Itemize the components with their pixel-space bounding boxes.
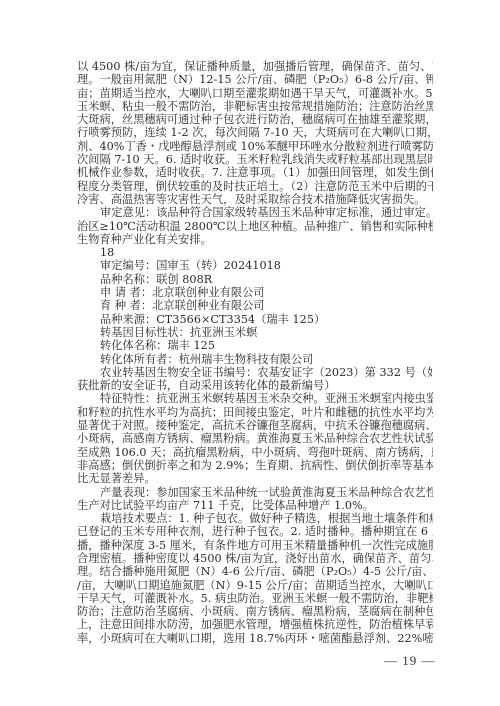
text-line: 生物育种产业化有关安排。 [77, 233, 433, 246]
text-line: 播，播种深度 3-5 厘米，有条件地方可用玉米精量播种机一次性完成施肥和播种作业… [77, 539, 433, 552]
text-line: 理。结合播种施用氮肥（N）4-6 公斤/亩、磷肥（P₂O₅）4-5 公斤/亩、钾… [77, 565, 433, 578]
text-line: 审定意见：该品种符合国家级转基因玉米品种审定标准，通过审定。适宜在内蒙古自 [77, 206, 433, 219]
text-line: 治区≥10℃活动积温 2800℃以上地区种植。品种推广、销售和实际种植区域还应符… [77, 220, 433, 233]
text-line: 行喷雾预防，连续 1-2 次，每次间隔 7-10 天，大斑病可在大喇叭口期，用 … [77, 126, 433, 139]
text-line: 18 [77, 246, 433, 259]
text-line: 品种来源：CT3566×CT3354（瑞丰 125） [77, 313, 433, 326]
text-line: 转化体所有者：杭州瑞丰生物科技有限公司 [77, 353, 433, 366]
text-line: 程度分类管理，倒伏较重的及时扶正培土。（2）注意防范玉米中后期的干旱、涝害、低温 [77, 180, 433, 193]
text-line: 农业转基因生物安全证书编号：农基安证字（2023）第 332 号（如该转化体重新… [77, 366, 433, 379]
text-line: 玉米螟、粘虫一般不需防治，非靶标害虫按常规措施防治；注意防治丝黑穗病、穗腐病、 [77, 100, 433, 113]
text-line: 大斑病，丝黑穗病可通过种子包衣进行防治，穗腐病可在抽雄至灌浆期，用吡唑醚菌酯进 [77, 113, 433, 126]
text-line: 上，注意田间排水防涝，加强肥水管理，增强植株抗逆性，防治植株早衰，减低田间发病 [77, 618, 433, 631]
text-line: 获批新的安全证书，自动采用该转化体的最新编号） [77, 379, 433, 392]
text-line: 亩；苗期适当控水，大喇叭口期至灌浆期如遇干旱天气，可灌溉补水。5. 病虫防治。亚… [77, 87, 433, 100]
text-line: 审定编号：国审玉（转）20241018 [77, 259, 433, 272]
text-line: 剂、40%丁香・戊唑醇悬浮剂或 10%苯醚甲环唑水分散粒剂进行喷雾防治，连续 1… [77, 140, 433, 153]
text-line: 非高感；倒伏倒折率之和为 2.9%；生育期、抗病性、倒伏倒折率等基本性状与受体品… [77, 459, 433, 472]
text-line: 已登记的玉米专用种衣剂，进行种子包衣。2. 适时播种。播种期宜在 6 月上中旬，… [77, 525, 433, 538]
text-line: 合理密植。播种密度以 4500 株/亩为宜，浇好出苗水，确保苗齐、苗匀、苗壮。4… [77, 552, 433, 565]
text-line: 防治；注意防治茎腐病、小斑病、南方锈病、瘤黑粉病，茎腐病在制种包衣防治的基础 [77, 605, 433, 618]
text-line: 育 种 者：北京联创种业有限公司 [77, 299, 433, 312]
text-line: 比无显著差异。 [77, 472, 433, 485]
text-line: 小斑病，高感南方锈病、瘤黑粉病。黄淮海夏玉米品种综合农艺性状试验田间调查，出苗 [77, 432, 433, 445]
text-line: 理。一般亩用氮肥（N）12-15 公斤/亩、磷肥（P₂O₅）6-8 公斤/亩、钾… [77, 73, 433, 86]
text-line: 率，小斑病可在大喇叭口期，选用 18.7%丙环・嘧菌酯悬浮剂、22%嘧菌・戊唑醇… [77, 632, 433, 645]
text-line: 转化体名称：瑞丰 125 [77, 339, 433, 352]
text-line: 和籽粒的抗性水平均为高抗；田间接虫鉴定，叶片和雌穗的抗性水平均为高抗，茎秆抗性 [77, 406, 433, 419]
text-line: 机械作业参数，适时收获。7. 注意事项。（1）加强田间管理，如发生倒伏，根据玉米… [77, 166, 433, 179]
text-line: 品种名称：联创 808R [77, 273, 433, 286]
text-line: 转基因目标性状：抗亚洲玉米螟 [77, 326, 433, 339]
text-line: 至成熟 106.0 天；高抗瘤黑粉病，中小斑病、弯孢叶斑病、南方锈病，感茎腐病，… [77, 446, 433, 459]
text-line: 冷害、高温热害等灾害性天气，及时采取综合技术措施降低灾害损失。 [77, 193, 433, 206]
page-number: — 19 — [384, 653, 436, 669]
text-line: 显著优于对照。接种鉴定，高抗禾谷镰孢茎腐病，中抗禾谷镰孢穗腐病、弯孢叶斑病，感 [77, 419, 433, 432]
text-line: /亩，大喇叭口期追施氮肥（N）9-15 公斤/亩；苗期适当控水，大喇叭口期、灌浆… [77, 579, 433, 592]
text-line: 干旱天气，可灌溉补水。5. 病虫防治。亚洲玉米螟一般不需防治，非靶标害虫按常规措… [77, 592, 433, 605]
text-line: 次间隔 7-10 天。6. 适时收获。玉米籽粒乳线消失或籽粒基部出现黑层时，调整… [77, 153, 433, 166]
text-line: 栽培技术要点：1. 种子包衣。做好种子精选，根据当地土壤条件和病虫害种类，选用 [77, 512, 433, 525]
text-line: 以 4500 株/亩为宜，保证播种质量，加强播后管理，确保苗齐、苗匀、苗壮。4.… [77, 60, 433, 73]
text-line: 申 请 者：北京联创种业有限公司 [77, 286, 433, 299]
text-line: 生产对比试验平均亩产 711 千克，比受体品种增产 1.0%。 [77, 499, 433, 512]
text-line: 产量表现：参加国家玉米品种统一试验黄淮海夏玉米品种综合农艺性状试验，2018 年 [77, 486, 433, 499]
document-body: 以 4500 株/亩为宜，保证播种质量，加强播后管理，确保苗齐、苗匀、苗壮。4.… [77, 60, 433, 645]
text-line: 特征特性：抗亚洲玉米螟转基因玉米杂交种。亚洲玉米螟室内接虫鉴定，心叶、花丝 [77, 392, 433, 405]
